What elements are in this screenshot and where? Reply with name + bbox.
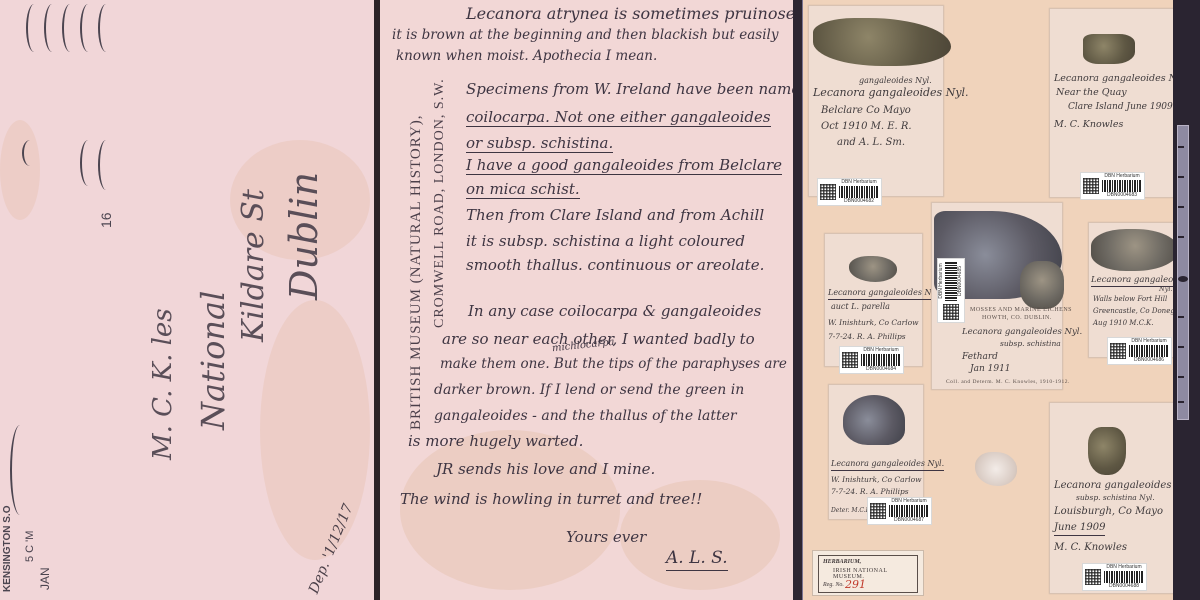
address-line-3: Kildare St (236, 189, 271, 342)
postmark-time: 5 C 'M (24, 531, 36, 562)
footer-note: Deter. M.C.K. (831, 507, 872, 515)
message-line: coilocarpa. Not one either gangaleoides (466, 108, 771, 127)
specimen-packet[interactable]: Lecanora gangaleoides Nyl. auct L. parel… (824, 233, 923, 367)
label-line: auct L. parella (831, 302, 890, 313)
printed-footer: Coll. and Determ. M. C. Knowles, 1910-19… (946, 379, 1070, 385)
color-scale-ruler (1173, 0, 1200, 600)
message-line: JR sends his love and I mine. (436, 460, 655, 478)
label-line: and A. L. Sm. (837, 136, 905, 150)
qr-code-icon (842, 352, 858, 368)
label-line: W. Inishturk, Co Carlow (831, 475, 922, 485)
qr-code-icon (1085, 569, 1101, 585)
label-line: Lecanora gangaleoides Nyl. (962, 327, 1082, 338)
label-line: Lecanora gangaleoides Nyl. (1054, 73, 1173, 86)
lichen-specimen (849, 256, 897, 282)
stamp-reg-label: Reg. No. (823, 582, 844, 588)
stamp-reg-number: 291 (845, 578, 866, 591)
specimen-packet[interactable]: Lecanora gangaleoides Nyl. Near the Quay… (1049, 8, 1173, 198)
lichen-specimen (1091, 229, 1173, 271)
message-line: make them one. But the tips of the parap… (440, 356, 787, 372)
label-line: 7-7-24. R. A. Phillips (831, 487, 909, 497)
lichen-specimen (1088, 427, 1126, 475)
label-line: M. C. Knowles (1054, 541, 1127, 555)
label-line: 7-7-24. R. A. Phillips (828, 332, 906, 342)
barcode-id: DBN0004687 (894, 518, 924, 523)
label-line: Aug 1910 M.C.K. (1093, 319, 1154, 328)
barcode-label: DBN Herbarium DBN0004683 (1080, 172, 1145, 200)
message-line: gangaleoides - and the thallus of the la… (434, 408, 737, 424)
message-line: or subsp. schistina. (466, 134, 613, 153)
qr-code-icon (870, 503, 886, 519)
postmark-office: KENSINGTON S.O (2, 506, 13, 593)
address-line-1: M. C. K. les (148, 308, 178, 460)
label-line: Greencastle, Co Donegal (1093, 307, 1173, 316)
label-line: M. C. Knowles (1054, 119, 1123, 132)
specimen-packet[interactable]: Lecanora gangaleoides subsp. schistina N… (1049, 402, 1173, 594)
message-line: it is brown at the beginning and then bl… (392, 27, 778, 43)
message-line: Lecanora atrynea is sometimes pruinose (466, 4, 793, 23)
label-line: Nyl. (1159, 285, 1173, 294)
label-line: Walls below Fort Hill (1093, 295, 1167, 304)
specimen-packet[interactable]: Lecanora gangaleoides Nyl. Walls below F… (1088, 222, 1173, 358)
message-line: Then from Clare Island and from Achill (466, 206, 764, 224)
barcode-icon (839, 186, 879, 198)
label-line: Fethard (962, 351, 998, 363)
barcode-icon (945, 261, 957, 301)
address-line-4: Dublin (282, 172, 326, 300)
lichen-specimen (843, 395, 905, 445)
panel-divider (793, 0, 803, 600)
message-line: In any case coilocarpa & gangaleoides (468, 302, 761, 320)
label-line: Oct 1910 M. E. R. (821, 120, 912, 134)
address-line-2: National (194, 291, 232, 430)
specimen-packet[interactable]: Lecanora gangaleoides Nyl. W. Inishturk,… (828, 384, 924, 520)
postcard-address-side: KENSINGTON S.O 5 C 'M JAN 16 M. C. K. le… (0, 0, 380, 600)
barcode-label: DBN Herbarium DBN0004684 (839, 346, 904, 374)
label-line: Louisburgh, Co Mayo (1054, 505, 1163, 519)
label-line: W. Inishturk, Co Carlow (828, 318, 919, 328)
barcode-icon (861, 354, 901, 366)
label-line: Lecanora gangaleoides Nyl. (813, 86, 969, 101)
printed-header: MOSSES AND MARINE LICHENS (970, 307, 1072, 313)
paper-stain (400, 430, 620, 590)
message-line: darker brown. If I lend or send the gree… (434, 382, 744, 398)
paper-stain (260, 300, 370, 560)
postcard-message-side: BRITISH MUSEUM (NATURAL HISTORY), CROMWE… (380, 0, 793, 600)
barcode-label: DBN Herbarium DBN0004682 (817, 178, 882, 206)
label-line: subsp. schistina (1000, 339, 1061, 349)
barcode-id: DBN0004686 (1134, 358, 1164, 363)
herbarium-sheet: gangaleoides Nyl. Lecanora gangaleoides … (803, 0, 1173, 600)
message-line: Specimens from W. Ireland have been name… (466, 80, 793, 98)
label-line: Lecanora gangaleoides Nyl. (831, 459, 944, 471)
signature: A. L. S. (666, 548, 728, 571)
label-line: Lecanora gangaleoides (1054, 479, 1171, 493)
barcode-id: DBN0004682 (844, 199, 874, 204)
label-line: subsp. schistina Nyl. (1076, 493, 1155, 503)
loose-specimen-fragment (975, 452, 1017, 486)
barcode-icon (1104, 571, 1144, 583)
qr-code-icon (820, 184, 836, 200)
barcode-id: DBN0004685 (958, 266, 963, 296)
specimen-packet[interactable]: gangaleoides Nyl. Lecanora gangaleoides … (808, 5, 944, 197)
paper-stain (0, 120, 40, 220)
label-line: Near the Quay (1056, 87, 1127, 100)
message-line: I have a good gangaleoides from Belclare (466, 156, 782, 175)
label-line: Jan 1911 (970, 363, 1011, 375)
barcode-id: DBN0004683 (1107, 193, 1137, 198)
barcode-label: DBN Herbarium DBN0004687 (867, 497, 932, 525)
stamp-line-1: HERBARIUM, (823, 559, 861, 565)
barcode-id: DBN0004688 (1109, 584, 1139, 589)
label-line: Lecanora gangaleoides Nyl. (828, 288, 941, 300)
qr-code-icon (943, 304, 959, 320)
postmark-month: JAN (38, 567, 52, 590)
barcode-label: DBN Herbarium DBN0004686 (1107, 337, 1172, 365)
barcode-icon (889, 505, 929, 517)
printed-header: HOWTH, CO. DUBLIN. (982, 315, 1052, 321)
message-line: smooth thallus. continuous or areolate. (466, 256, 764, 274)
label-line: June 1909 (1054, 521, 1105, 536)
message-line: on mica schist. (466, 180, 580, 199)
barcode-label: DBN Herbarium DBN0004688 (1082, 563, 1147, 591)
label-line: Clare Island June 1909 (1068, 101, 1173, 113)
message-line: is more hugely warted. (408, 432, 583, 450)
barcode-label: DBN Herbarium DBN0004685 (937, 258, 965, 323)
lichen-specimen (813, 18, 951, 66)
printed-museum-heading: BRITISH MUSEUM (NATURAL HISTORY), (408, 114, 425, 430)
message-line: known when moist. Apothecia I mean. (396, 48, 657, 64)
barcode-id: DBN0004684 (866, 367, 896, 372)
qr-code-icon (1110, 343, 1126, 359)
label-line: Belclare Co Mayo (821, 104, 911, 118)
barcode-icon (1102, 180, 1142, 192)
message-line: it is subsp. schistina a light coloured (466, 232, 745, 250)
scale-bar-icon (1177, 125, 1189, 420)
postmark-day: 16 (98, 212, 114, 228)
barcode-icon (1129, 345, 1169, 357)
lichen-specimen (1083, 34, 1135, 64)
herbarium-institution-stamp: HERBARIUM, IRISH NATIONAL MUSEUM. Reg. N… (812, 550, 924, 596)
message-line: Yours ever (566, 528, 646, 546)
printed-museum-address: CROMWELL ROAD, LONDON, S.W. (432, 78, 448, 328)
qr-code-icon (1083, 178, 1099, 194)
message-line: The wind is howling in turret and tree!! (400, 490, 702, 508)
specimen-packet[interactable]: MOSSES AND MARINE LICHENS HOWTH, CO. DUB… (931, 202, 1063, 390)
lichen-specimen (1020, 261, 1064, 309)
